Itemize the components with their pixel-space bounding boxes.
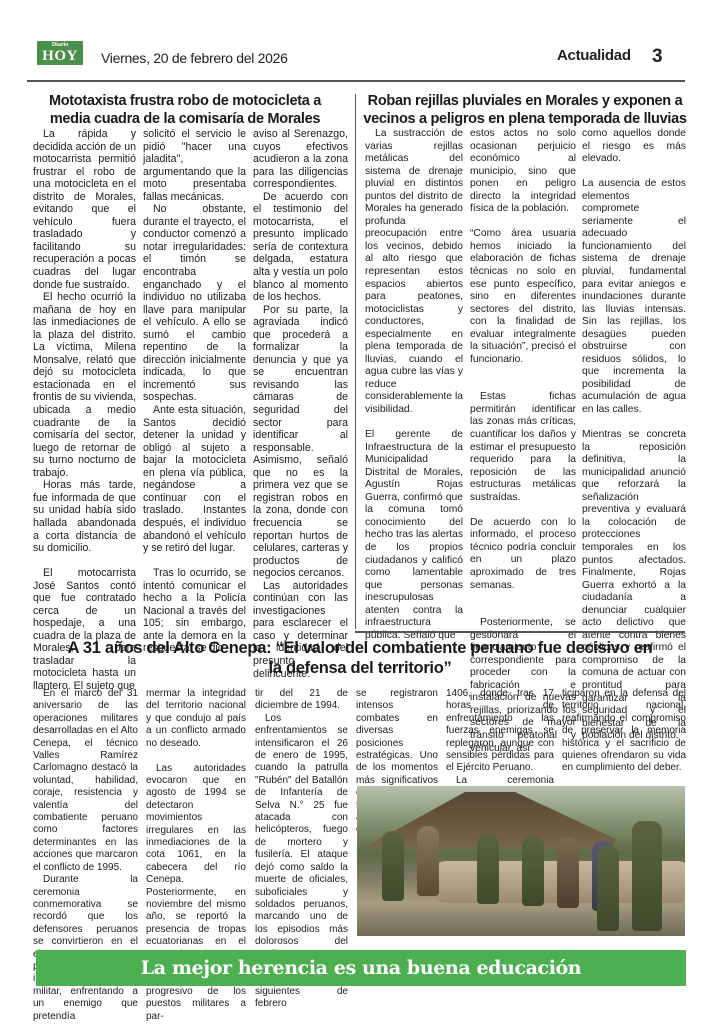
header-rule: [27, 80, 685, 82]
article2-column-1: La sustracción de varias rejillas metáli…: [365, 128, 463, 642]
paragraph: tir del 21 de diciembre de 1994.: [255, 688, 348, 713]
paragraph: ticiparon en la defensa del territorio n…: [562, 688, 686, 775]
article1-headline: Mototaxista frustra robo de motocicleta …: [30, 92, 340, 128]
page-number: 3: [652, 46, 663, 68]
paragraph: En el marco del 31 aniversario de las op…: [33, 688, 138, 874]
footer-slogan-banner: La mejor herencia es una buena educación: [36, 950, 686, 986]
paragraph: La sustracción de varias rejillas metáli…: [365, 128, 463, 417]
paragraph: estos actos no solo ocasionan perjuicio …: [470, 128, 576, 216]
paragraph: como aquellos donde el riesgo es más ele…: [582, 128, 686, 166]
soldier-figure: [522, 836, 544, 906]
soldier-figure: [597, 846, 619, 931]
paragraph: De acuerdo con el testimonio del motocar…: [253, 191, 348, 304]
paragraph: Horas más tarde, fue informada de que su…: [33, 479, 136, 554]
paragraph: Por su parte, la agraviada indicó que pr…: [253, 304, 348, 580]
paragraph: solicitó el servicio le pidió "hacer una…: [143, 128, 246, 203]
paragraph: La ausencia de estos elementos compromet…: [582, 178, 686, 416]
soldier-figure: [477, 834, 499, 904]
paragraph: 1406, donde tras 17 horas de enfrentamie…: [446, 688, 554, 775]
soldier-figure: [382, 831, 404, 901]
article1-column-3: aviso al Serenazgo, cuyos efectivos acud…: [253, 128, 348, 680]
section-rule: [355, 631, 685, 633]
article1-column-2: solicitó el servicio le pidió "hacer una…: [143, 128, 246, 655]
soldier-figure: [417, 826, 439, 896]
paragraph: La rápida y decidida acción de un motoca…: [33, 128, 136, 291]
paragraph: Durante la ceremonia conmemorativa se re…: [33, 874, 138, 1023]
paragraph: mermar la integridad del territorio naci…: [146, 688, 246, 750]
paragraph: aviso al Serenazgo, cuyos efectivos acud…: [253, 128, 348, 191]
soldiers-photo: [357, 786, 685, 936]
soldier-figure: [632, 821, 662, 931]
paragraph: “Como área usuaria hemos iniciado la ela…: [470, 228, 576, 366]
paragraph: Ante esta situación, Santos decidió dete…: [143, 404, 246, 555]
article2-headline: Roban rejillas pluviales en Morales y ex…: [360, 92, 690, 128]
paragraph: El gerente de Infraestructura de la Muni…: [365, 429, 463, 642]
logo-main-text: HOY: [37, 49, 83, 64]
article3-column-6: ticiparon en la defensa del territorio n…: [562, 688, 686, 775]
article3-headline: A 31 años del Alto Cenepa: “El valor del…: [60, 638, 660, 678]
paragraph: De acuerdo con lo informado, el proceso …: [470, 517, 576, 592]
paragraph: Estas fichas permitirán identificar las …: [470, 391, 576, 504]
paragraph: El hecho ocurrió la mañana de hoy en las…: [33, 291, 136, 479]
issue-date: Viernes, 20 de febrero del 2026: [101, 50, 288, 66]
article1-column-1: La rápida y decidida acción de un motoca…: [33, 128, 136, 693]
column-divider: [355, 94, 356, 629]
section-name: Actualidad: [557, 47, 631, 64]
soldier-figure: [557, 838, 579, 908]
paragraph: Los enfrentamientos se intensificaron el…: [255, 713, 348, 961]
newspaper-logo: Diario HOY: [37, 41, 83, 65]
paragraph: No obstante, durante el trayecto, el con…: [143, 203, 246, 404]
